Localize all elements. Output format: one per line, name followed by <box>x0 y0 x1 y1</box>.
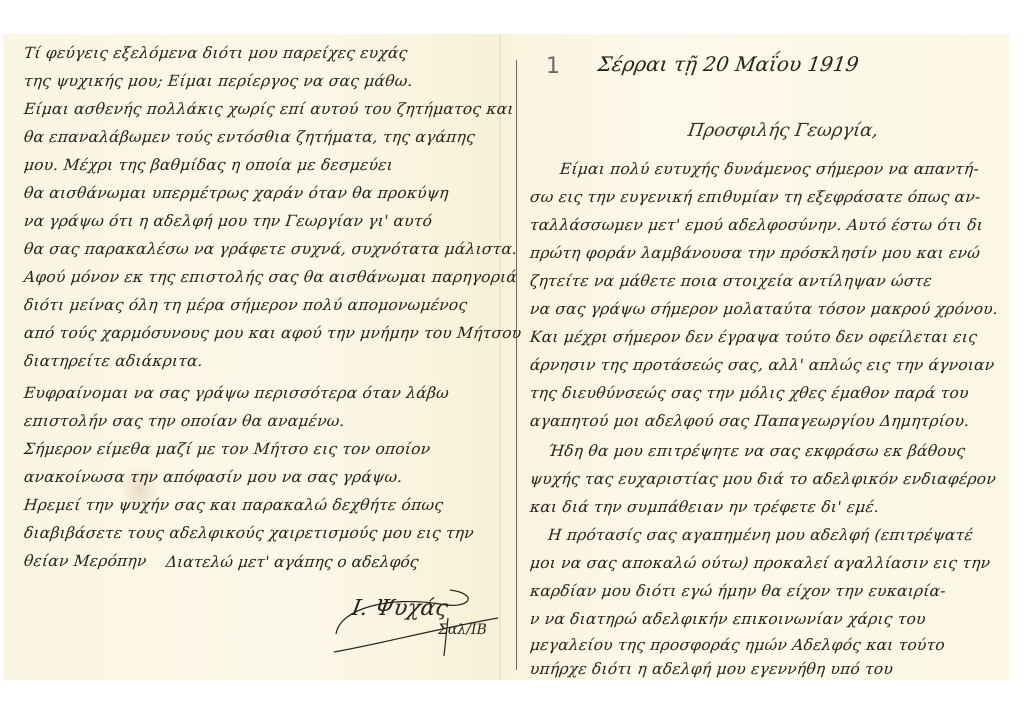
text-line: σω εις την ευγενική επιθυμίαν τη εξεφράσ… <box>529 188 981 206</box>
text-line: καρδίαν μου διότι εγώ ήμην θα είχον την … <box>529 582 947 600</box>
text-line: της διευθύνσεώς σας την μόλις χθες έμαθο… <box>529 384 970 402</box>
text-line: αγαπητού μοι αδελφού σας Παπαγεωργίου Δη… <box>529 412 970 430</box>
text-line: μεγαλείου της προσφοράς ημών Αδελφός και… <box>529 636 946 654</box>
text-line: μου. Μέχρι της βαθμίδας η οποία με δεσμε… <box>23 156 394 174</box>
signature-name: Ι. Ψυχάς <box>350 596 450 621</box>
text-line: θείαν Μερόπην <box>23 552 148 570</box>
text-line: θα σας παρακαλέσω να γράφετε συχνά, συχν… <box>23 240 518 258</box>
text-line: θα αισθάνωμαι υπερμέτρως χαράν όταν θα π… <box>23 184 450 202</box>
text-line: θα επαναλάβωμεν τούς εντόσθια ζητήματα, … <box>23 128 476 146</box>
text-line: ψυχής τας ευχαριστίας μου διά το αδελφικ… <box>529 470 997 488</box>
text-line: της ψυχικής μου; Είμαι περίεργος να σας … <box>23 72 414 90</box>
text-line: Είμαι ασθενής πολλάκις χωρίς επί αυτού τ… <box>23 100 515 118</box>
margin-rule <box>516 60 517 670</box>
text-line: ταλλάσσωμεν μετ' εμού αδελφοσύνην. Αυτό … <box>529 216 984 234</box>
text-line: μοι να σας αποκαλώ ούτω) προκαλεί αγαλλί… <box>529 554 991 572</box>
text-line: Και μέχρι σήμερον δεν έγραψα τούτο δεν ο… <box>529 328 978 346</box>
text-line: Η πρότασίς σας αγαπημένη μου αδελφή (επι… <box>547 526 974 544</box>
text-line: να γράψω ότι η αδελφή μου την Γεωργίαν γ… <box>23 212 433 230</box>
text-line: από τούς χαρμόσυνους μου και αφού την μν… <box>23 324 522 342</box>
text-line: Τί φεύγεις εξελόμενα διότι μου παρείχες … <box>23 44 408 62</box>
page-fold <box>499 34 501 680</box>
signature-subscript: Σαλ/ΙΒ <box>438 622 487 638</box>
text-line: ζητείτε να μάθετε ποια στοιχεία αντίληψα… <box>529 272 933 290</box>
dateline: Σέρραι τῇ 20 Μαΐου 1919 <box>596 52 860 76</box>
page-number: 1 <box>546 54 560 79</box>
text-line: Ηρεμεί την ψυχήν σας και παρακαλώ δεχθήτ… <box>23 496 444 514</box>
text-line: διατηρείτε αδιάκριτα. <box>23 352 204 370</box>
text-line: Αφού μόνον εκ της επιστολής σας θα αισθά… <box>23 268 518 286</box>
text-line: Ήδη θα μου επιτρέψητε να σας εκφράσω εκ … <box>547 442 966 460</box>
salutation: Προσφιλής Γεωργία, <box>687 120 880 141</box>
signature: Ι. Ψυχάς Σαλ/ΙΒ <box>330 588 500 658</box>
text-line: διότι μείνας όλη τη μέρα σήμερον πολύ απ… <box>23 296 468 314</box>
letter-closing: Διατελώ μετ' αγάπης ο αδελφός <box>165 553 419 571</box>
text-line: υπήρχε διότι η αδελφή μου εγεννήθη υπό τ… <box>529 660 894 678</box>
text-line: Ευφραίνομαι να σας γράψω περισσότερα ότα… <box>23 384 450 402</box>
text-line: να σας γράψω σήμερον μολαταύτα τόσον μακ… <box>529 300 999 318</box>
text-line: Σήμερον είμεθα μαζί με τον Μήτσο εις τον… <box>23 440 431 458</box>
text-line: ν να διατηρώ αδελφικήν επικοινωνίαν χάρι… <box>529 610 927 628</box>
text-line: πρώτη φοράν λαμβάνουσα την πρόσκλησίν μο… <box>529 244 981 262</box>
text-line: ανακοίνωσα την απόφασίν μου να σας γράψω… <box>23 468 403 486</box>
text-line: Είμαι πολύ ευτυχής δυνάμενος σήμερον να … <box>559 160 980 178</box>
text-line: διαβιβάσετε τους αδελφικούς χαιρετισμούς… <box>23 524 475 542</box>
text-line: επιστολήν σας την οποίαν θα αναμένω. <box>23 412 346 430</box>
text-line: και διά την συμπάθειαν ην τρέφετε δι' εμ… <box>529 498 880 516</box>
text-line: άρνησιν της προτάσεώς σας, αλλ' απλώς ει… <box>529 356 995 374</box>
